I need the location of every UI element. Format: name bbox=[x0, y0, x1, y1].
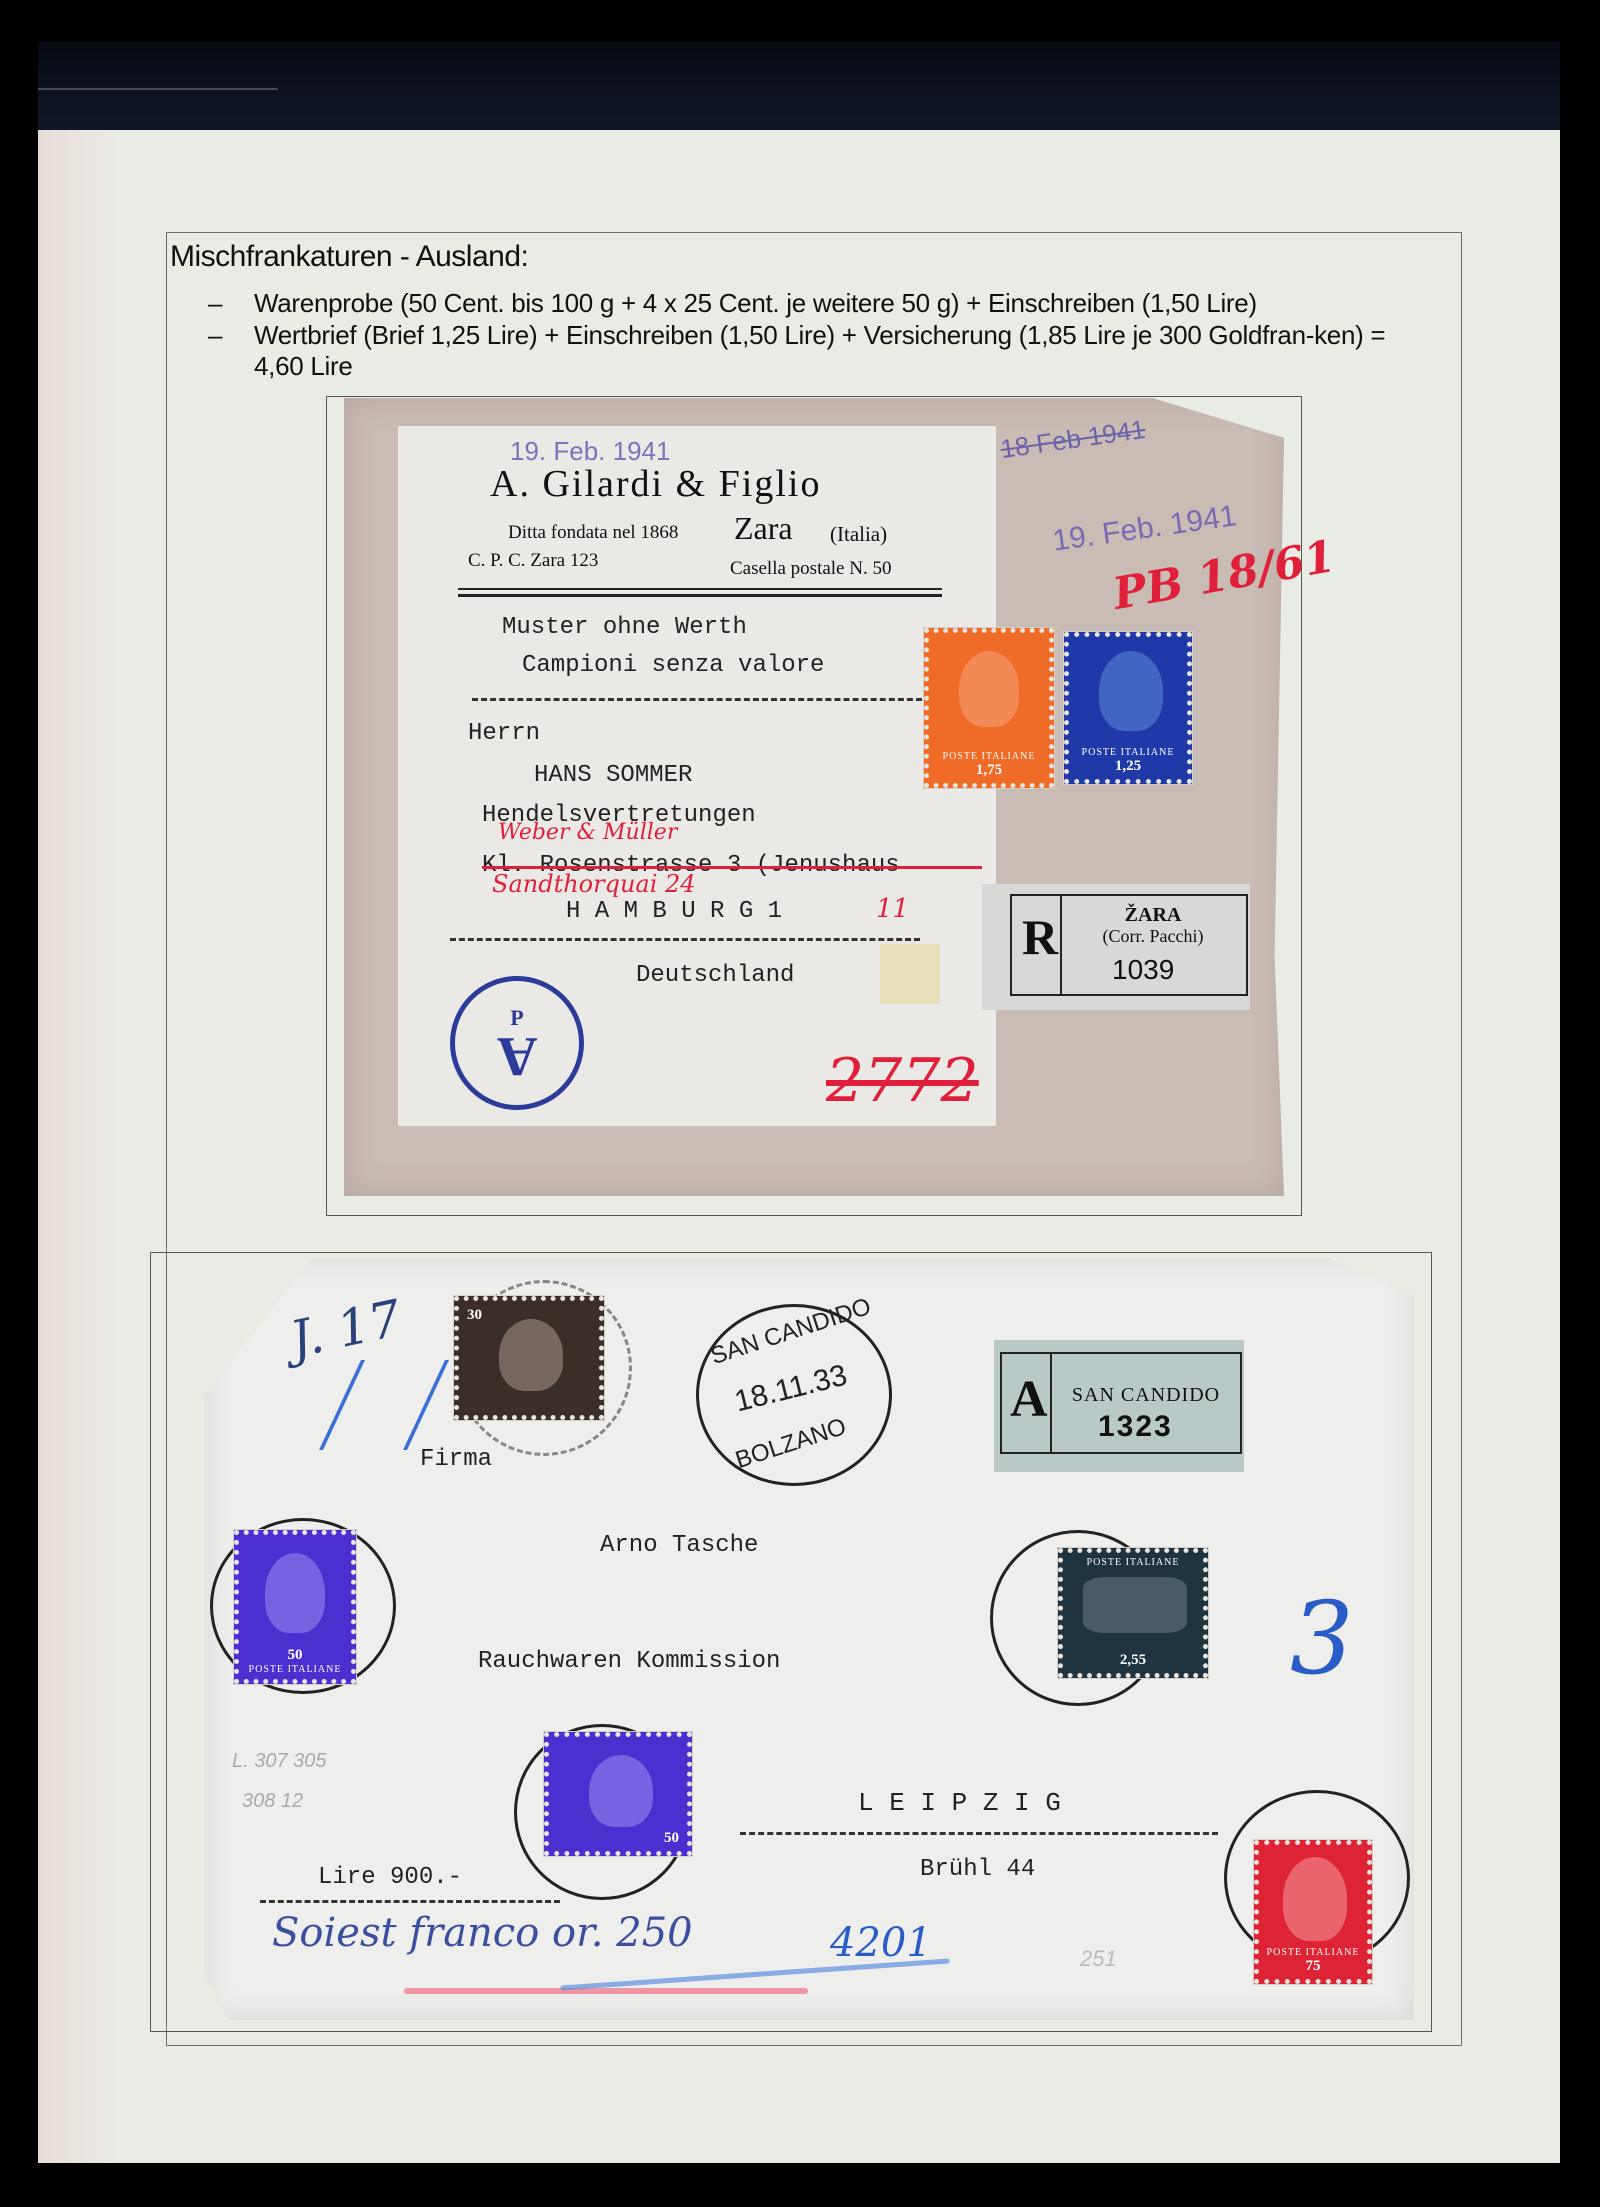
sender-country: (Italia) bbox=[830, 522, 887, 547]
sender-cpc: C. P. C. Zara 123 bbox=[468, 550, 598, 572]
typed-line: Herrn bbox=[468, 720, 540, 747]
registration-sub: (Corr. Pacchi) bbox=[1064, 926, 1242, 947]
registration-number: 1323 bbox=[1098, 1410, 1173, 1444]
recipient-name: HANS SOMMER bbox=[534, 762, 692, 789]
declared-value: Lire 900.- bbox=[318, 1864, 462, 1891]
dashed-rule bbox=[472, 698, 922, 701]
registration-office: SAN CANDIDO bbox=[1056, 1384, 1236, 1407]
sender-founded: Ditta fondata nel 1868 bbox=[508, 522, 678, 544]
stamp-255-lire: POSTE ITALIANE 2,55 bbox=[1058, 1548, 1208, 1678]
stamp-50-cent: 50 bbox=[544, 1732, 692, 1856]
recipient-name: Arno Tasche bbox=[600, 1532, 758, 1559]
stain bbox=[880, 944, 940, 1004]
typed-country: Deutschland bbox=[636, 962, 794, 989]
registration-letter: R bbox=[1022, 908, 1058, 966]
typed-city: H A M B U R G 1 bbox=[566, 898, 782, 925]
album-binder-strip bbox=[38, 42, 1560, 138]
pencil-note: 251 bbox=[1080, 1946, 1117, 1972]
description-item: – Warenprobe (50 Cent. bis 100 g + 4 x 2… bbox=[208, 288, 1458, 319]
stamp-75-cent: POSTE ITALIANE 75 bbox=[1254, 1840, 1372, 1984]
binder-hole bbox=[0, 312, 14, 342]
sender-city: Zara bbox=[734, 510, 793, 547]
handwritten-number: 3 bbox=[1290, 1580, 1354, 1697]
dashed-rule bbox=[260, 1900, 560, 1903]
registration-office: ŽARA bbox=[1064, 904, 1242, 927]
dashed-rule bbox=[450, 938, 920, 941]
divider bbox=[458, 588, 942, 590]
sender-po-box: Casella postale N. 50 bbox=[730, 558, 891, 580]
sender-firm: A. Gilardi & Figlio bbox=[490, 462, 821, 506]
strike-through bbox=[482, 866, 982, 869]
dashed-rule bbox=[740, 1832, 1218, 1835]
stamp-125-lire: POSTE ITALIANE 1,25 bbox=[1064, 632, 1192, 784]
description-list: – Warenprobe (50 Cent. bis 100 g + 4 x 2… bbox=[208, 288, 1458, 383]
typed-line: Muster ohne Werth bbox=[502, 614, 747, 641]
handwritten-number: 4201 bbox=[830, 1920, 932, 1966]
page-title: Mischfrankaturen - Ausland: bbox=[170, 240, 528, 274]
typed-street: Brühl 44 bbox=[920, 1856, 1035, 1883]
pencil-note: 308 12 bbox=[242, 1790, 303, 1813]
stamp-30-cent: 30 bbox=[454, 1296, 604, 1420]
typed-line: Firma bbox=[420, 1446, 492, 1473]
binder-hole bbox=[0, 918, 14, 948]
handwritten-note: Soiest franco or. 250 bbox=[272, 1910, 693, 1956]
registration-number: 1039 bbox=[1112, 954, 1174, 986]
handwritten-correction: Sandthorquai 24 bbox=[492, 870, 696, 898]
stamp-50-cent: 50 POSTE ITALIANE bbox=[234, 1530, 356, 1684]
typed-city: L E I P Z I G bbox=[858, 1788, 1061, 1818]
handwritten-red-number: 2772 bbox=[826, 1046, 979, 1116]
red-crayon-line bbox=[404, 1988, 808, 1994]
handwritten-correction: Weber & Müller bbox=[498, 820, 677, 845]
divider bbox=[458, 594, 942, 597]
stamp-175-lire: POSTE ITALIANE 1,75 bbox=[924, 628, 1054, 788]
binder-hole bbox=[0, 856, 14, 886]
description-item: – Wertbrief (Brief 1,25 Lire) + Einschre… bbox=[208, 320, 1404, 382]
typed-line: Campioni senza valore bbox=[522, 652, 824, 679]
registration-letter: A bbox=[1010, 1370, 1048, 1429]
pencil-note: L. 307 305 bbox=[232, 1750, 327, 1773]
ap-handstamp: P A bbox=[450, 976, 584, 1110]
typed-line: Rauchwaren Kommission bbox=[478, 1648, 780, 1675]
handwritten-district: 11 bbox=[876, 894, 909, 924]
